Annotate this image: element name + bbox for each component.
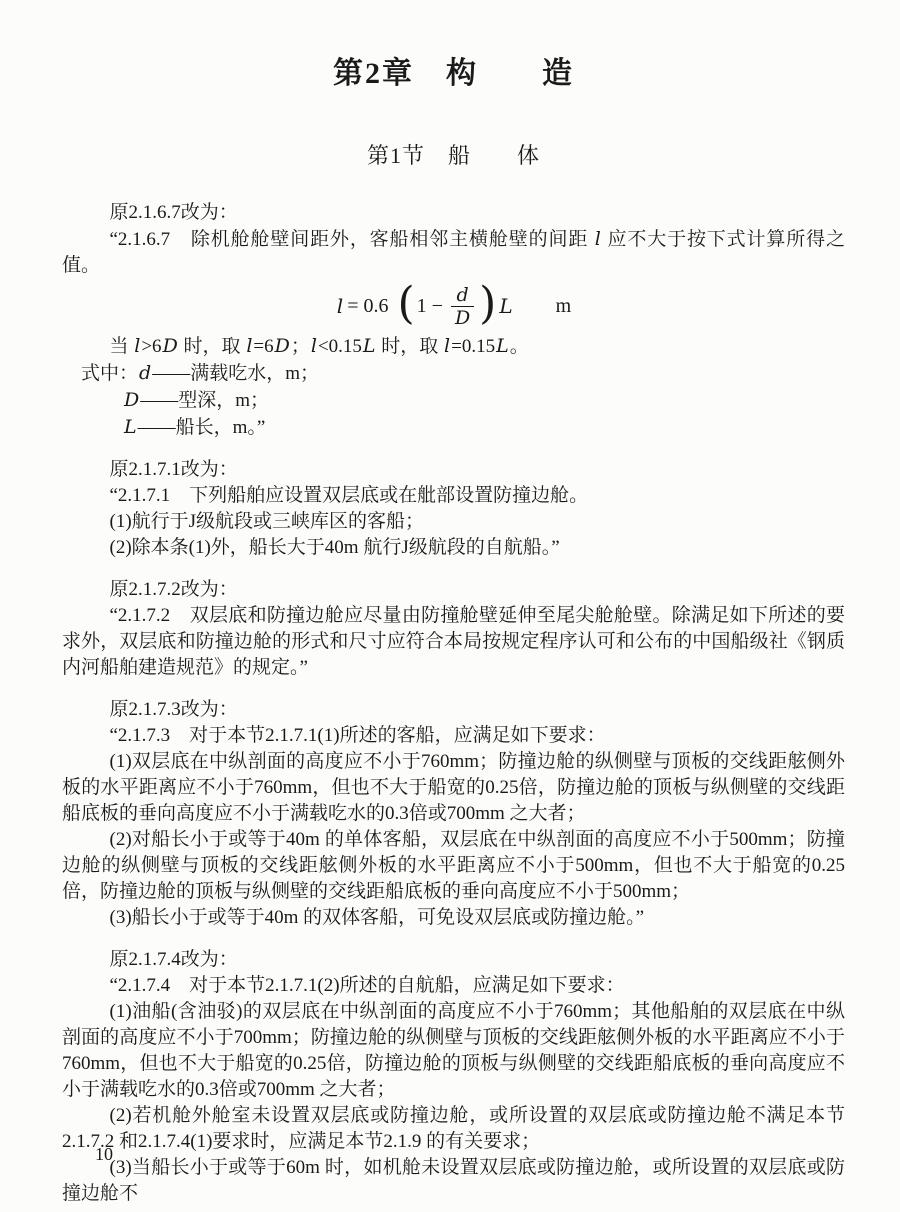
formula-lhs-l: l: [336, 293, 344, 319]
where-definition-d: 式中：d——满载吃水，m；: [62, 360, 845, 387]
cond-text: ；: [291, 336, 310, 357]
cond-text: <0.15: [318, 336, 362, 357]
cond-var: l: [310, 335, 318, 357]
cond-var: D: [274, 335, 291, 357]
clause-2173-item2: (2)对船长小于或等于40m 的单体客船，双层底在中纵剖面的高度应不小于500m…: [62, 827, 845, 905]
clause-2174-item1: (1)油船(含油驳)的双层底在中纵剖面的高度应不小于760mm；其他船舶的双层底…: [62, 999, 845, 1103]
clause-2173-item1: (1)双层底在中纵剖面的高度应不小于760mm；防撞边舱的纵侧壁与顶板的交线距舷…: [62, 749, 845, 827]
where-definition-D: D——型深，m；: [62, 387, 845, 414]
variable-d: d: [138, 362, 152, 384]
cond-text: =6: [253, 336, 273, 357]
formula-unit-m: m: [556, 293, 572, 319]
cond-text: 时，取: [179, 336, 246, 357]
cond-text: 时，取: [377, 336, 444, 357]
page-body: 原2.1.6.7改为： “2.1.6.7 除机舱舱壁间距外，客船相邻主横舱壁的间…: [62, 200, 845, 1207]
variable-l: l: [594, 228, 602, 250]
cond-text: 当: [110, 336, 134, 357]
clause-2174-item3: (3)当船长小于或等于60m 时，如机舱未设置双层底或防撞边舱，或所设置的双层底…: [62, 1155, 845, 1207]
where-L-description: ——船长，m。”: [138, 417, 266, 438]
amendment-label-2167: 原2.1.6.7改为：: [62, 200, 845, 226]
clause-2171-item1: (1)航行于J级航段或三峡库区的客船；: [62, 509, 845, 535]
cond-text: =0.15: [451, 336, 495, 357]
where-D-description: ——型深，m；: [140, 390, 269, 411]
clause-2167-opening: “2.1.6.7 除机舱舱壁间距外，客船相邻主横舱壁的间距 l 应不大于按下式计…: [62, 226, 845, 279]
fraction-d-over-D: dD: [450, 285, 475, 328]
clause-2174-head: “2.1.7.4 对于本节2.1.7.1(2)所述的自航船，应满足如下要求：: [62, 973, 845, 999]
clause-2171-item2: (2)除本条(1)外，船长大于40m 航行J级航段的自航船。”: [62, 535, 845, 561]
clause-2167-condition: 当 l>6D 时，取 l=6D；l<0.15L 时，取 l=0.15L。: [62, 333, 845, 360]
cond-var: D: [162, 335, 179, 357]
page-number: 10: [95, 1144, 113, 1165]
variable-D: D: [123, 389, 140, 411]
clause-2172-text: “2.1.7.2 双层底和防撞边舱应尽量由防撞舱壁延伸至尾尖舱舱壁。除满足如下所…: [62, 603, 845, 681]
cond-text: 。: [510, 336, 529, 357]
chapter-title: 第2章 构 造: [62, 55, 845, 93]
fraction-numerator-d: d: [451, 285, 473, 307]
where-d-description: ——满载吃水，m；: [152, 363, 319, 384]
clause-2173-item3: (3)船长小于或等于40m 的双体客船，可免设双层底或防撞边舱。”: [62, 905, 845, 931]
formula-equals-coefficient: = 0.6: [347, 293, 388, 319]
right-paren: ): [479, 282, 496, 326]
fraction-denominator-D: D: [450, 307, 475, 328]
clause-2173-head: “2.1.7.3 对于本节2.1.7.1(1)所述的客船，应满足如下要求：: [62, 723, 845, 749]
where-lead-text: 式中：: [81, 363, 138, 384]
left-paren: (: [397, 282, 414, 326]
formula-factor-L: L: [498, 293, 513, 319]
amendment-label-2172: 原2.1.7.2改为：: [62, 577, 845, 603]
cond-var: l: [443, 335, 451, 357]
cond-var: L: [495, 335, 510, 357]
formula-bulkhead-spacing: l = 0.6 ( 1 − dD ) L m: [62, 281, 845, 331]
amendment-label-2173: 原2.1.7.3改为：: [62, 697, 845, 723]
clause-2171-head: “2.1.7.1 下列船舶应设置双层底或在舭部设置防撞边舱。: [62, 483, 845, 509]
cond-var: L: [362, 335, 377, 357]
amendment-label-2171: 原2.1.7.1改为：: [62, 457, 845, 483]
amendment-label-2174: 原2.1.7.4改为：: [62, 947, 845, 973]
clause-2167-text-pre: “2.1.6.7 除机舱舱壁间距外，客船相邻主横舱壁的间距: [110, 229, 594, 250]
variable-L: L: [123, 416, 138, 438]
scanned-document-page: 第2章 构 造 第1节 船 体 原2.1.6.7改为： “2.1.6.7 除机舱…: [0, 0, 900, 1212]
clause-2174-item2: (2)若机舱外舱室未设置双层底或防撞边舱，或所设置的双层底或防撞边舱不满足本节2…: [62, 1103, 845, 1155]
cond-text: >6: [141, 336, 161, 357]
section-title: 第1节 船 体: [62, 141, 845, 171]
where-definition-L: L——船长，m。”: [62, 414, 845, 441]
formula-one-minus: 1 −: [417, 293, 443, 319]
